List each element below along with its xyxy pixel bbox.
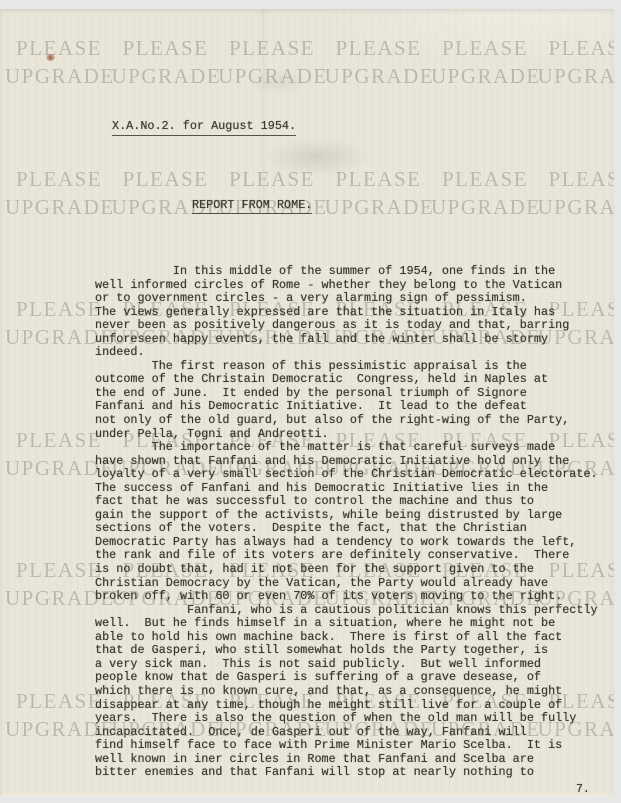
watermark-text: UPGRADE: [112, 64, 222, 89]
text-line: sections of the voters. Despite the fact…: [95, 522, 598, 536]
watermark-text: PLEASE: [16, 167, 102, 192]
watermark-text: PLEASE: [123, 36, 209, 61]
text-line: or to government circles - a very alarmi…: [95, 292, 598, 306]
text-line: The importance of the matter is that car…: [95, 441, 598, 455]
text-line: The success of Fanfani and his Democrati…: [95, 482, 598, 496]
text-line: able to hold his own machine back. There…: [95, 631, 598, 645]
watermark-text: PLEASE: [16, 36, 102, 61]
watermark-text: UPGRADE: [5, 64, 115, 89]
watermark-text: PLEASE: [442, 167, 528, 192]
text-line: fact that he was successful to control t…: [95, 495, 598, 509]
text-line: outcome of the Christain Democratic Cong…: [95, 373, 598, 387]
text-line: well known in iner circles in Rome that …: [95, 753, 598, 767]
text-line: In this middle of the summer of 1954, on…: [95, 265, 598, 279]
text-line: The views generally expressed are that t…: [95, 306, 598, 320]
text-line: unforeseen happy events, the fall and th…: [95, 333, 598, 347]
report-title: REPORT FROM ROME.: [192, 198, 312, 214]
text-line: is no doubt that, had it not been for th…: [95, 563, 598, 577]
watermark-text: UPGRADE: [325, 64, 435, 89]
text-line: never been as positively dangerous as it…: [95, 319, 598, 333]
text-line: the rank and file of its voters are defi…: [95, 549, 598, 563]
text-line: gain the support of the activists, while…: [95, 509, 598, 523]
scanned-document-screenshot: { "page": { "header": "X.A.No.2. for Aug…: [0, 0, 621, 803]
text-line: well informed circles of Rome - whether …: [95, 279, 598, 293]
text-line: a very sick man. This is not said public…: [95, 658, 598, 672]
watermark-text: PLEASE: [442, 36, 528, 61]
document-page: PLEASEUPGRADEPLEASEUPGRADEPLEASEUPGRADEP…: [0, 9, 614, 797]
watermark-text: PLEASE: [229, 36, 315, 61]
text-line: broken off, with 60 or even 70% of its v…: [95, 590, 598, 604]
text-line: under Pella, Togni and Andreotti.: [95, 428, 598, 442]
watermark-text: UPGRADE: [325, 195, 435, 220]
ink-smudge: [248, 69, 308, 95]
text-line: Fanfani, who is a cautious politician kn…: [95, 604, 598, 618]
text-line: have shown that Fanfani and his Democrat…: [95, 455, 598, 469]
text-line: indeed.: [95, 346, 598, 360]
text-line: Christian Democracy by the Vatican, the …: [95, 577, 598, 591]
text-line: The first reason of this pessimistic app…: [95, 360, 598, 374]
ink-smudge: [262, 137, 372, 177]
text-line: disappear at any time, though he meight …: [95, 699, 598, 713]
text-line: the end of June. It ended by the persona…: [95, 387, 598, 401]
watermark-text: PLEASE: [16, 558, 102, 583]
text-line: well. But he finds himself in a situatio…: [95, 617, 598, 631]
text-line: Fanfani and his Democratic Initiative. I…: [95, 400, 598, 414]
watermark-text: UPGRADE: [5, 195, 115, 220]
watermark-text: PLEASE: [123, 167, 209, 192]
page-number: 7.: [576, 783, 590, 796]
watermark-text: PLEASE: [549, 167, 615, 192]
text-line: that de Gasperi, who still somewhat hold…: [95, 644, 598, 658]
text-line: years. There is also the question of whe…: [95, 712, 598, 726]
text-line: people know that de Gasperi is suffering…: [95, 671, 598, 685]
watermark-text: PLEASE: [16, 297, 102, 322]
watermark-text: PLEASE: [336, 36, 422, 61]
watermark-text: UPGRADE: [431, 195, 541, 220]
watermark-text: PLEASE: [549, 36, 615, 61]
text-line: bitter enemies and that Fanfani will sto…: [95, 766, 598, 780]
report-body: In this middle of the summer of 1954, on…: [95, 265, 598, 780]
watermark-text: PLEASE: [16, 689, 102, 714]
watermark-text: UPGRADE: [538, 195, 615, 220]
text-line: Democratic Party has always had a tenden…: [95, 536, 598, 550]
text-line: loyalty of a very small section of the C…: [95, 468, 598, 482]
text-line: which there is no known cure, and that, …: [95, 685, 598, 699]
watermark-text: UPGRADE: [538, 64, 615, 89]
red-fleck-stain: [46, 54, 55, 61]
watermark-text: UPGRADE: [431, 64, 541, 89]
text-line: not only of the old guard, but also of t…: [95, 414, 598, 428]
text-line: find himself face to face with Prime Min…: [95, 739, 598, 753]
text-line: incapacitated. Once, de Gasperi out of t…: [95, 726, 598, 740]
watermark-text: PLEASE: [16, 428, 102, 453]
report-number-heading: X.A.No.2. for August 1954.: [112, 119, 296, 136]
